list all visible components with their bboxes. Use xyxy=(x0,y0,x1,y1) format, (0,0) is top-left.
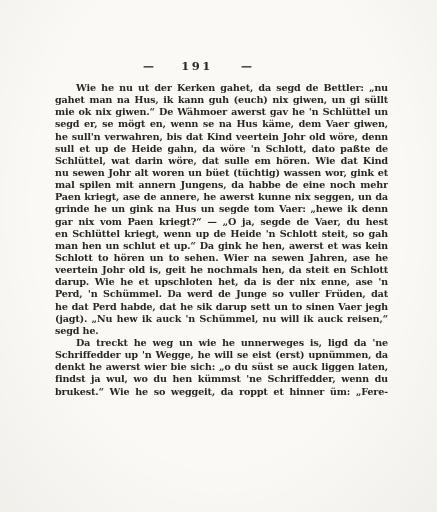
text-line: Da treckt he weg un wie he unnerweges is… xyxy=(55,338,388,350)
text-line: Wie he nu ut der Kerken gahet, da segd d… xyxy=(55,83,388,95)
body-text: Wie he nu ut der Kerken gahet, da segd d… xyxy=(55,83,388,399)
text-line: mal spilen mit annern Jungens, da habbe … xyxy=(55,180,388,192)
text-line: veertein Johr old is, geit he nochmals h… xyxy=(55,265,388,277)
text-line: en Schlüttel kriegt, wenn up de Heide 'n… xyxy=(55,229,388,241)
text-line: gar nix vom Paen kriegt?“ — „O ja, segde… xyxy=(55,217,388,229)
page-header: — 191 — xyxy=(143,59,251,73)
text-line: findst ja wul, wo du hen kümmst 'ne Schr… xyxy=(55,374,388,386)
text-line: gahet man na Hus, ik kann guh (euch) nix… xyxy=(55,95,388,107)
text-line: Paen kriegt, ase de annere, he awerst ku… xyxy=(55,192,388,204)
text-line: nu sewen Johr alt woren un büet (tüchtig… xyxy=(55,168,388,180)
text-line: man hen un schlut et up.“ Da gink he hen… xyxy=(55,241,388,253)
text-line: Schlott to hören un to sehen. Wier na se… xyxy=(55,253,388,265)
text-line: mie ok nix giwen.“ De Wähmoer awerst gav… xyxy=(55,107,388,119)
text-line: segd he. xyxy=(55,326,388,338)
text-line: denkt he awerst wier bie sich: „o du süs… xyxy=(55,362,388,374)
text-line: (jagt). „Nu hew ik auck 'n Schümmel, nu … xyxy=(55,314,388,326)
book-page: — 191 — Wie he nu ut der Kerken gahet, d… xyxy=(0,0,437,512)
text-line: grinde he un gink na Hus un segde tom Va… xyxy=(55,204,388,216)
text-line: Schlüttel, wat darin wöre, dat sulle em … xyxy=(55,156,388,168)
text-line: sull et up de Heide gahn, da wöre 'n Sch… xyxy=(55,144,388,156)
text-line: segd er, se mögt en, wenn se na Hus käme… xyxy=(55,119,388,131)
text-line: Schriffedder up 'n Wegge, he will se eis… xyxy=(55,350,388,362)
text-line: he dat Perd habde, dat he sik darup sett… xyxy=(55,302,388,314)
text-line: he sull'n verwahren, bis dat Kind veerte… xyxy=(55,132,388,144)
page-number: 191 xyxy=(181,61,213,72)
text-line: brukest.“ Wie he so weggeit, da roppt et… xyxy=(55,387,388,399)
header-dash-left: — xyxy=(143,61,153,72)
text-line: Perd, 'n Schümmel. Da werd de Junge so v… xyxy=(55,289,388,301)
text-line: darup. Wie he et upschloten het, da is d… xyxy=(55,277,388,289)
header-dash-right: — xyxy=(241,61,251,72)
